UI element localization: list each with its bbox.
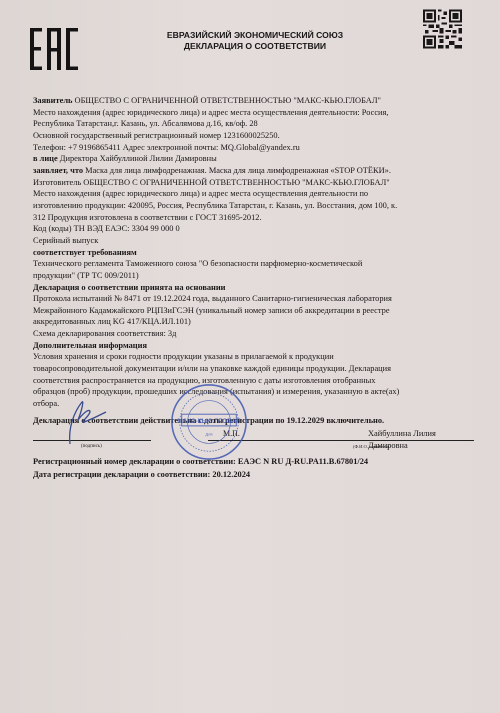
union-title: ЕВРАЗИЙСКИЙ ЭКОНОМИЧЕСКИЙ СОЮЗ — [130, 30, 380, 41]
additional-3: соответствия распространяется на продукц… — [33, 375, 473, 387]
applicant-address-2: Республика Татарстан,г. Казань, ул. Абса… — [33, 118, 473, 130]
basis-heading: Декларация о соответствии принята на осн… — [33, 282, 473, 294]
additional-4: образцов (проб) продукции, прошедших исс… — [33, 386, 473, 398]
additional-heading: Дополнительная информация — [33, 340, 473, 352]
svg-text:МАКС-КЬЮ.ГЛОБАЛ: МАКС-КЬЮ.ГЛОБАЛ — [177, 418, 241, 425]
document-title: ДЕКЛАРАЦИЯ О СООТВЕТСТВИИ — [130, 41, 380, 52]
basis-3: аккредитованных лиц KG 417/КЦА.ИЛ.101) — [33, 316, 473, 328]
requirements-heading: соответствует требованиям — [33, 247, 473, 259]
scheme: Схема декларирования соответствия: 3д — [33, 328, 473, 340]
representative: в лице Директора Хайбуллиной Лилии Дамир… — [33, 153, 473, 165]
manufacturer-address-2: изготовлению продукции: 420095, Россия, … — [33, 200, 473, 212]
contacts: Телефон: +7 9196865411 Адрес электронной… — [33, 142, 473, 154]
name-caption: (Ф.И.О. заявителя) — [353, 441, 389, 453]
additional-2: товаросопроводительной документации и/ил… — [33, 363, 473, 375]
basis-1: Протокола испытаний № 8471 от 19.12.2024… — [33, 293, 473, 305]
requirements-2: продукции" (ТР ТС 009/2011) — [33, 270, 473, 282]
registration-date: Дата регистрации декларации о соответств… — [33, 469, 473, 481]
applicant-line: Заявитель ОБЩЕСТВО С ОГРАНИЧЕННОЙ ОТВЕТС… — [33, 95, 473, 107]
basis-2: Межрайонного Кадамжайского РЦПЗиГСЭН (ун… — [33, 305, 473, 317]
ogrn: Основной государственный регистрационный… — [33, 130, 473, 142]
svg-text:Для: Для — [205, 432, 212, 437]
company-seal-icon: МАКС-КЬЮ.ГЛОБАЛ Для — [170, 382, 248, 462]
manufacturer-address-3: 312 Продукция изготовлена в соответствии… — [33, 212, 473, 224]
release-type: Серийный выпуск — [33, 235, 473, 247]
document-header: ЕВРАЗИЙСКИЙ ЭКОНОМИЧЕСКИЙ СОЮЗ ДЕКЛАРАЦИ… — [130, 30, 380, 52]
manufacturer: Изготовитель ОБЩЕСТВО С ОГРАНИЧЕННОЙ ОТВ… — [33, 177, 473, 189]
hs-code: Код (коды) ТН ВЭД ЕАЭС: 3304 99 000 0 — [33, 223, 473, 235]
signature-icon — [60, 398, 110, 446]
manufacturer-address-1: Место нахождения (адрес юридического лиц… — [33, 188, 473, 200]
product-declaration: заявляет, что Маска для лица лимфодренаж… — [33, 165, 473, 177]
applicant-address-1: Место нахождения (адрес юридического лиц… — [33, 107, 473, 119]
registration-number: Регистрационный номер декларации о соотв… — [33, 456, 473, 468]
eac-logo-icon — [30, 28, 78, 70]
qr-code-icon[interactable] — [423, 9, 462, 49]
additional-1: Условия хранения и сроки годности продук… — [33, 351, 473, 363]
declaration-page: ЕВРАЗИЙСКИЙ ЭКОНОМИЧЕСКИЙ СОЮЗ ДЕКЛАРАЦИ… — [0, 0, 500, 713]
requirements-1: Технического регламента Таможенного союз… — [33, 258, 473, 270]
